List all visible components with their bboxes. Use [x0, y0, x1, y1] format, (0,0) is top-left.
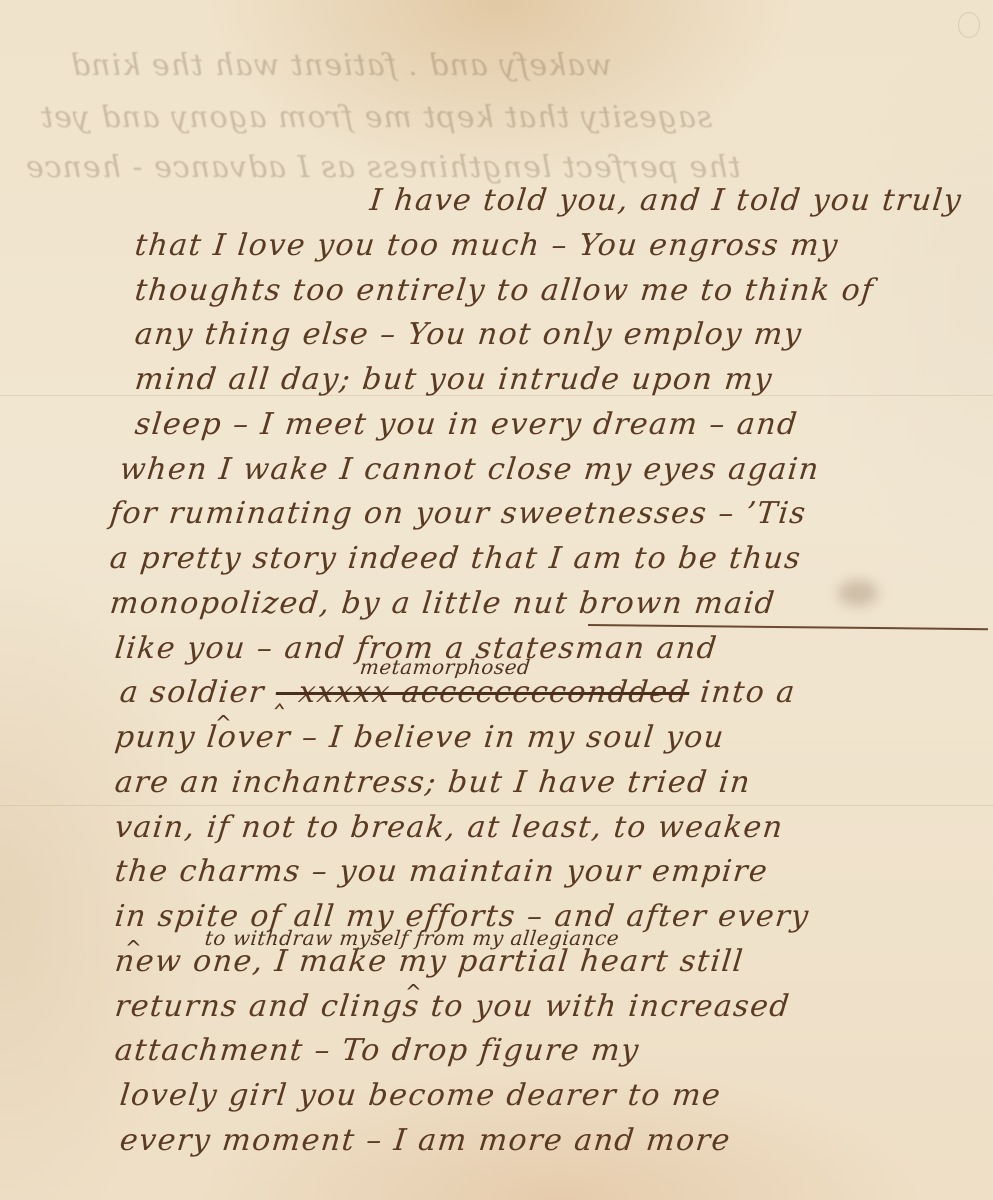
letter-line: a pretty story indeed that I am to be th…	[108, 541, 803, 576]
letter-line-end: my partial heart still	[397, 944, 746, 979]
paper-fold-crease	[0, 805, 993, 806]
letter-line: for ruminating on your sweetnesses – ’Ti…	[108, 496, 808, 531]
bleed-through-line: wakefy and . fatient wah the kind	[70, 48, 612, 83]
letter-line: new one, I make my partial heart still	[113, 944, 746, 979]
letter-line: mind all day; but you intrude upon my	[133, 362, 775, 397]
letter-line: attachment – To drop figure my	[113, 1033, 641, 1068]
letter-line: puny lover – I believe in my soul you	[113, 720, 726, 755]
letter-line: returns and clings to you with increased	[113, 989, 792, 1024]
letter-line: vain, if not to break, at least, to weak…	[113, 810, 785, 845]
page-corner-mark	[958, 12, 980, 38]
letter-line: any thing else – You not only employ my	[133, 317, 804, 352]
letter-line: monopolized, by a little nut brown maid	[108, 586, 777, 621]
bleed-through-line: sagesity that kept me from agony and yet	[40, 100, 712, 135]
letter-line: the charms – you maintain your empire	[113, 854, 770, 889]
manuscript-page: wakefy and . fatient wah the kind sagesi…	[0, 0, 993, 1200]
struck-through-text: ‸ xxxxx accccccccondded	[274, 675, 691, 710]
letter-line-start: a soldier	[118, 675, 267, 710]
letter-line-start: new one, I make	[113, 944, 389, 979]
letter-line: every moment – I am more and more	[118, 1123, 733, 1158]
letter-line: thoughts too entirely to allow me to thi…	[133, 273, 876, 308]
letter-line: I have told you, and I told you truly	[368, 183, 964, 218]
letter-line: a soldier ‸ xxxxx accccccccondded into a	[118, 675, 798, 710]
letter-line: lovely girl you become dearer to me	[118, 1078, 723, 1113]
letter-line-end: into a	[699, 675, 798, 710]
letter-line: are an inchantress; but I have tried in	[113, 765, 753, 800]
insertion-caret-icon: ^	[125, 936, 142, 960]
letter-line: that I love you too much – You engross m…	[133, 228, 840, 263]
underline-nut-brown-maid	[588, 624, 988, 630]
letter-line: when I wake I cannot close my eyes again	[118, 452, 821, 487]
ink-stain	[838, 580, 878, 606]
letter-line: sleep – I meet you in every dream – and	[133, 407, 800, 442]
bleed-through-line: the perfect lengthiness as I advance - h…	[25, 150, 741, 185]
